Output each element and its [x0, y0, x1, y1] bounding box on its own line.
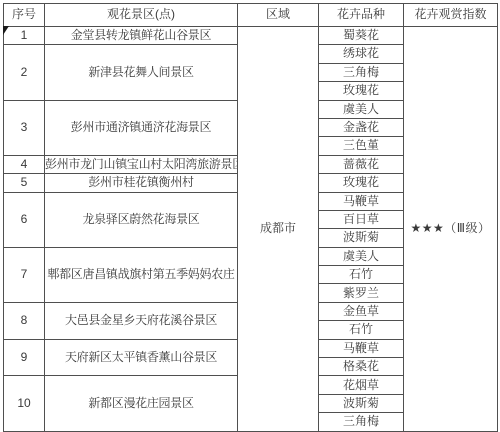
table-row: 1金堂县转龙镇鲜花山谷景区成都市蜀葵花★★★（Ⅲ级）	[4, 27, 498, 45]
spot-name-cell: 天府新区太平镇香薰山谷景区	[45, 339, 238, 376]
flower-variety-cell: 蜀葵花	[319, 27, 404, 45]
row-number-cell: 7	[4, 247, 45, 302]
spot-name-cell: 大邑县金星乡天府花溪谷景区	[45, 302, 238, 339]
column-header-spot: 观花景区(点)	[45, 4, 238, 27]
flower-variety-cell: 玫瑰花	[319, 174, 404, 192]
row-number-cell: 1	[4, 27, 45, 45]
flower-variety-cell: 虞美人	[319, 247, 404, 265]
column-header-region: 区域	[238, 4, 319, 27]
flower-variety-cell: 波斯菊	[319, 229, 404, 247]
spot-name-cell: 彭州市通济镇通济花海景区	[45, 100, 238, 155]
flower-variety-cell: 玫瑰花	[319, 82, 404, 100]
row-number-cell: 5	[4, 174, 45, 192]
scan-artifact	[3, 26, 9, 35]
spot-name-cell: 新津县花舞人间景区	[45, 45, 238, 100]
flower-variety-cell: 花烟草	[319, 376, 404, 394]
column-header-rating: 花卉观赏指数	[404, 4, 498, 27]
flower-variety-cell: 马鞭草	[319, 339, 404, 357]
flower-variety-cell: 三角梅	[319, 413, 404, 431]
flower-variety-cell: 金盏花	[319, 118, 404, 136]
row-number-cell: 9	[4, 339, 45, 376]
row-number-cell: 4	[4, 155, 45, 173]
flower-viewing-table: 序号 观花景区(点) 区域 花卉品种 花卉观赏指数 1金堂县转龙镇鲜花山谷景区成…	[3, 3, 498, 432]
flower-variety-cell: 三色堇	[319, 137, 404, 155]
table-header-row: 序号 观花景区(点) 区域 花卉品种 花卉观赏指数	[4, 4, 498, 27]
row-number-cell: 8	[4, 302, 45, 339]
flower-variety-cell: 百日草	[319, 210, 404, 228]
spot-name-cell: 彭州市桂花镇衡州村	[45, 174, 238, 192]
spot-name-cell: 新都区漫花庄园景区	[45, 376, 238, 431]
flower-variety-cell: 绣球花	[319, 45, 404, 63]
flower-variety-cell: 石竹	[319, 321, 404, 339]
flower-variety-cell: 马鞭草	[319, 192, 404, 210]
rating-cell: ★★★（Ⅲ级）	[404, 27, 498, 432]
flower-variety-cell: 蔷薇花	[319, 155, 404, 173]
row-number-cell: 3	[4, 100, 45, 155]
spot-name-cell: 郫都区唐昌镇战旗村第五季妈妈农庄	[45, 247, 238, 302]
row-number-cell: 2	[4, 45, 45, 100]
flower-variety-cell: 格桑花	[319, 358, 404, 376]
flower-variety-cell: 虞美人	[319, 100, 404, 118]
spot-name-cell: 金堂县转龙镇鲜花山谷景区	[45, 27, 238, 45]
column-header-number: 序号	[4, 4, 45, 27]
flower-variety-cell: 波斯菊	[319, 394, 404, 412]
table-body: 1金堂县转龙镇鲜花山谷景区成都市蜀葵花★★★（Ⅲ级）2新津县花舞人间景区绣球花三…	[4, 27, 498, 432]
flower-variety-cell: 金鱼草	[319, 302, 404, 320]
spot-name-cell: 彭州市龙门山镇宝山村太阳湾旅游景区	[45, 155, 238, 173]
row-number-cell: 6	[4, 192, 45, 247]
flower-variety-cell: 三角梅	[319, 63, 404, 81]
flower-variety-cell: 石竹	[319, 266, 404, 284]
region-cell: 成都市	[238, 27, 319, 432]
row-number-cell: 10	[4, 376, 45, 431]
flower-variety-cell: 紫罗兰	[319, 284, 404, 302]
column-header-flower: 花卉品种	[319, 4, 404, 27]
spot-name-cell: 龙泉驿区蔚然花海景区	[45, 192, 238, 247]
